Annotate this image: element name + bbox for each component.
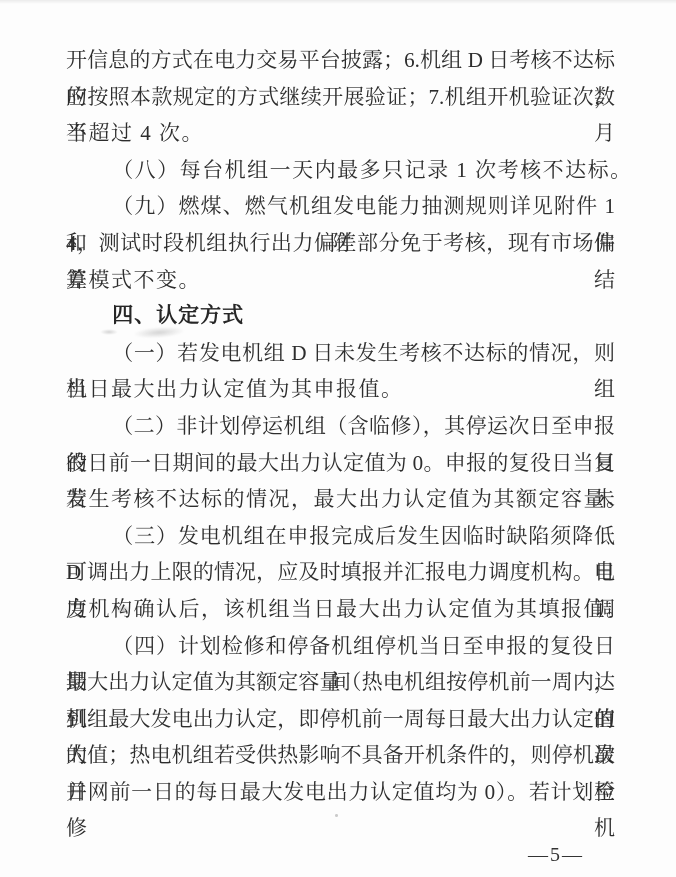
text-line: 机组最大发电出力认定，即停机前一周每日最大出力认定值的最 bbox=[66, 701, 615, 738]
text-line: 应按照本款规定的方式继续开展验证；7.机组开机验证次数当月 bbox=[66, 79, 615, 116]
text-line: （一）若发电机组 D 日未发生考核不达标的情况，则机组 bbox=[66, 335, 615, 372]
text-line: 役日前一日期间的最大出力认定值为 0。申报的复役日当日若未 bbox=[66, 445, 615, 482]
text-line: 最大出力认定值为其额定容量（热电机组按停机前一周内达到的 bbox=[66, 664, 615, 701]
text-line: 开信息的方式在电力交易平台披露；6.机组 D 日考核不达标的， bbox=[66, 42, 615, 79]
text-line: 大值；热电机组若受供热影响不具备开机条件的，则停机次日至 bbox=[66, 737, 615, 774]
text-line: （四）计划检修和停备机组停机当日至申报的复役日期间， bbox=[66, 628, 615, 665]
document-body: 开信息的方式在电力交易平台披露；6.机组 D 日考核不达标的，应按照本款规定的方… bbox=[66, 42, 615, 810]
text-line: 可调出力上限的情况，应及时填报并汇报电力调度机构。电力调 bbox=[66, 554, 615, 591]
text-line: （八）每台机组一天内最多只记录 1 次考核不达标。 bbox=[66, 152, 615, 189]
text-line: 并网前一日的每日最大发电出力认定值均为 0）。若计划检修机 bbox=[66, 774, 615, 811]
document-page: 开信息的方式在电力交易平台披露；6.机组 D 日考核不达标的，应按照本款规定的方… bbox=[0, 0, 676, 877]
page-number: —5— bbox=[528, 843, 584, 867]
text-line: 4，测试时段机组执行出力偏差部分免于考核，现有市场偏差结 bbox=[66, 225, 615, 262]
section-heading: 四、认定方式 bbox=[66, 298, 615, 335]
text-line: 度机构确认后，该机组当日最大出力认定值为其填报值。 bbox=[66, 591, 615, 628]
text-line: 发生考核不达标的情况，最大出力认定值为其额定容量。 bbox=[66, 481, 615, 518]
text-line: （三）发电机组在申报完成后发生因临时缺陷须降低 D 日 bbox=[66, 518, 615, 555]
text-line: （二）非计划停运机组（含临修），其停运次日至申报的复 bbox=[66, 408, 615, 445]
text-line: （九）燃煤、燃气机组发电能力抽测规则详见附件 1 和附件 bbox=[66, 188, 615, 225]
